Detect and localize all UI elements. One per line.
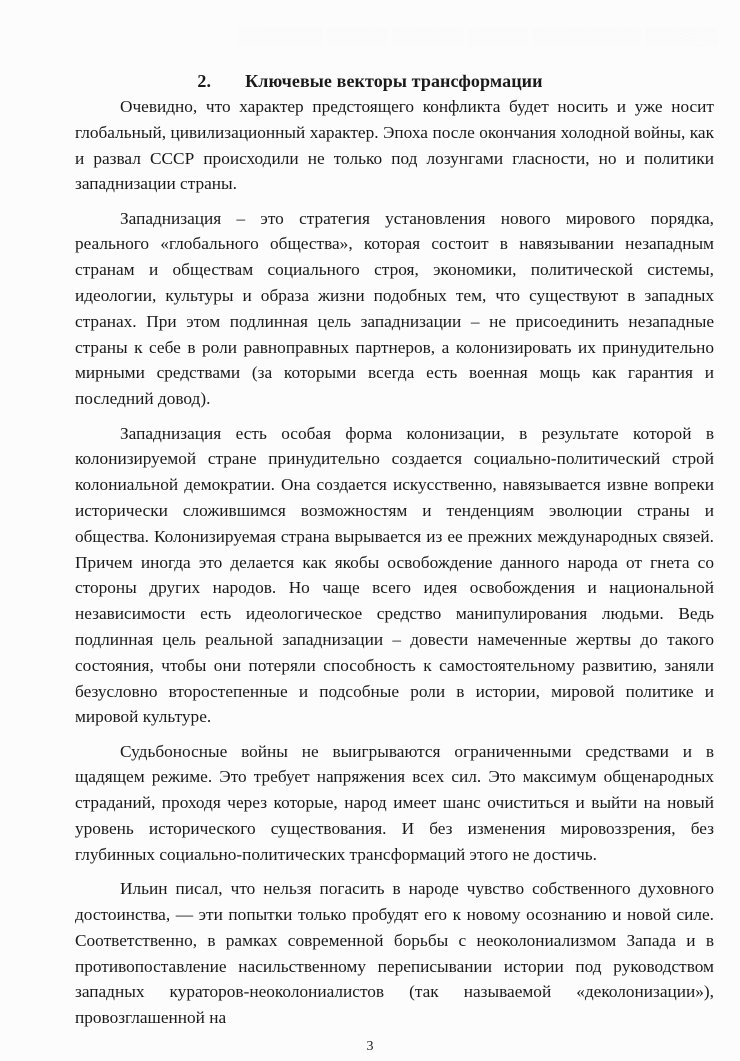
paragraph-3: Западнизация есть особая форма колонизац… — [75, 421, 714, 731]
section-title: Ключевые векторы трансформации — [245, 71, 543, 91]
page-number: 3 — [0, 1038, 740, 1056]
body-text: Очевидно, что характер предстоящего конф… — [75, 94, 714, 1039]
document-page: ░░░░░░ ░░░░░░░░░ ░░░░░ ░░░░░░ ░░░░░ ░░░░… — [0, 0, 740, 1061]
paragraph-1: Очевидно, что характер предстоящего конф… — [75, 94, 714, 197]
paragraph-4: Судьбоносные войны не выигрываются огран… — [75, 739, 714, 868]
paragraph-5: Ильин писал, что нельзя погасить в народ… — [75, 876, 714, 1031]
paragraph-2: Западнизация – это стратегия установлени… — [75, 206, 714, 412]
reverse-side-show-through: ░░░░░░ ░░░░░░░░░ ░░░░░ ░░░░░░ ░░░░░ ░░░░… — [78, 24, 718, 64]
section-heading: 2.Ключевые векторы трансформации — [0, 69, 740, 93]
section-number: 2. — [197, 69, 211, 93]
